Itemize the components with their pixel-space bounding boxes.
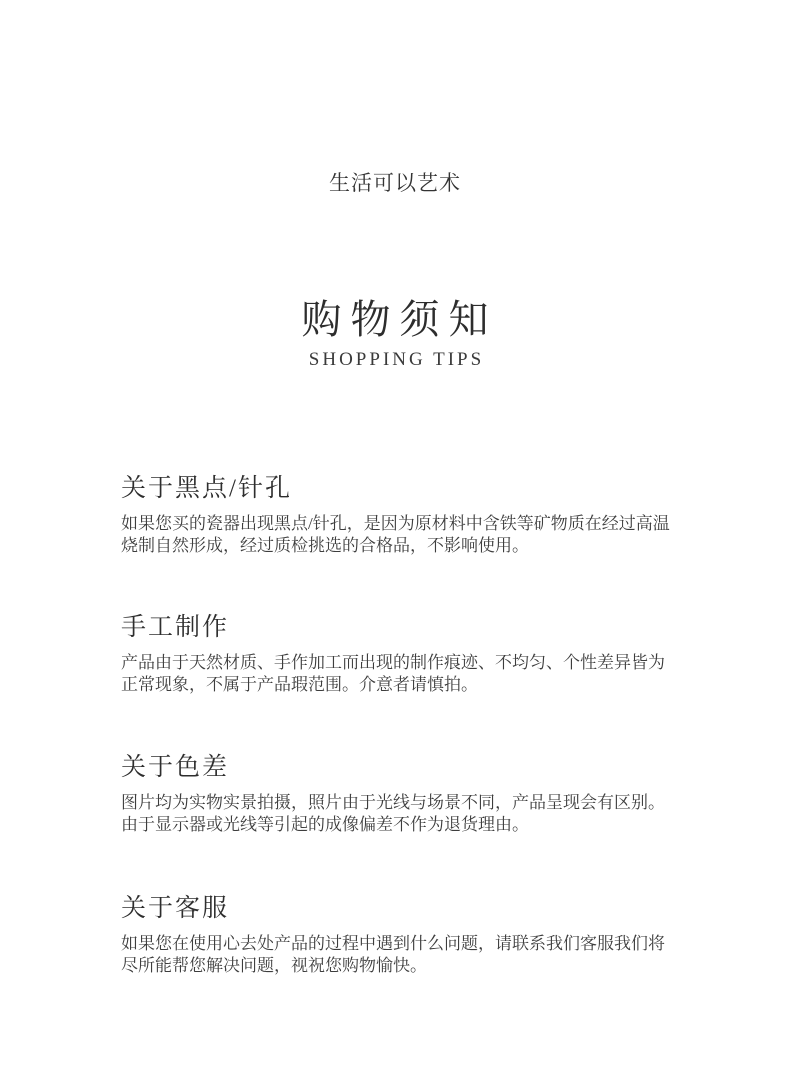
tip-body-line: 烧制自然形成，经过质检挑选的合格品，不影响使用。 [121,535,701,557]
tip-body: 图片均为实物实景拍摄，照片由于光线与场景不同，产品呈现会有区别。 由于显示器或光… [121,792,701,836]
tip-heading: 关于客服 [121,894,701,923]
shopping-tips-page: 生活可以艺术 购物须知 SHOPPING TIPS 关于黑点/针孔 如果您买的瓷… [0,0,790,1084]
tip-heading: 关于色差 [121,753,701,782]
tip-body-line: 如果您买的瓷器出现黑点/针孔，是因为原材料中含铁等矿物质在经过高温 [121,513,701,535]
tip-body-line: 图片均为实物实景拍摄，照片由于光线与场景不同，产品呈现会有区别。 [121,792,701,814]
tip-section-black-spots: 关于黑点/针孔 如果您买的瓷器出现黑点/针孔，是因为原材料中含铁等矿物质在经过高… [121,474,701,557]
page-subtitle: SHOPPING TIPS [0,349,790,371]
tip-section-color-difference: 关于色差 图片均为实物实景拍摄，照片由于光线与场景不同，产品呈现会有区别。 由于… [121,753,701,836]
tip-section-customer-service: 关于客服 如果您在使用心去处产品的过程中遇到什么问题，请联系我们客服我们将 尽所… [121,894,701,977]
tip-heading: 关于黑点/针孔 [121,474,701,503]
brand-tagline: 生活可以艺术 [0,167,790,197]
tip-body-line: 由于显示器或光线等引起的成像偏差不作为退货理由。 [121,814,701,836]
page-title: 购物须知 [0,297,790,343]
tip-body: 产品由于天然材质、手作加工而出现的制作痕迹、不均匀、个性差异皆为 正常现象，不属… [121,652,701,696]
tip-body-line: 产品由于天然材质、手作加工而出现的制作痕迹、不均匀、个性差异皆为 [121,652,701,674]
tip-body-line: 尽所能帮您解决问题，视祝您购物愉快。 [121,955,701,977]
tip-heading: 手工制作 [121,613,701,642]
tip-body-line: 如果您在使用心去处产品的过程中遇到什么问题，请联系我们客服我们将 [121,933,701,955]
tip-body: 如果您在使用心去处产品的过程中遇到什么问题，请联系我们客服我们将 尽所能帮您解决… [121,933,701,977]
tip-section-handmade: 手工制作 产品由于天然材质、手作加工而出现的制作痕迹、不均匀、个性差异皆为 正常… [121,613,701,696]
tip-body: 如果您买的瓷器出现黑点/针孔，是因为原材料中含铁等矿物质在经过高温 烧制自然形成… [121,513,701,557]
tip-body-line: 正常现象，不属于产品瑕范围。介意者请慎拍。 [121,674,701,696]
